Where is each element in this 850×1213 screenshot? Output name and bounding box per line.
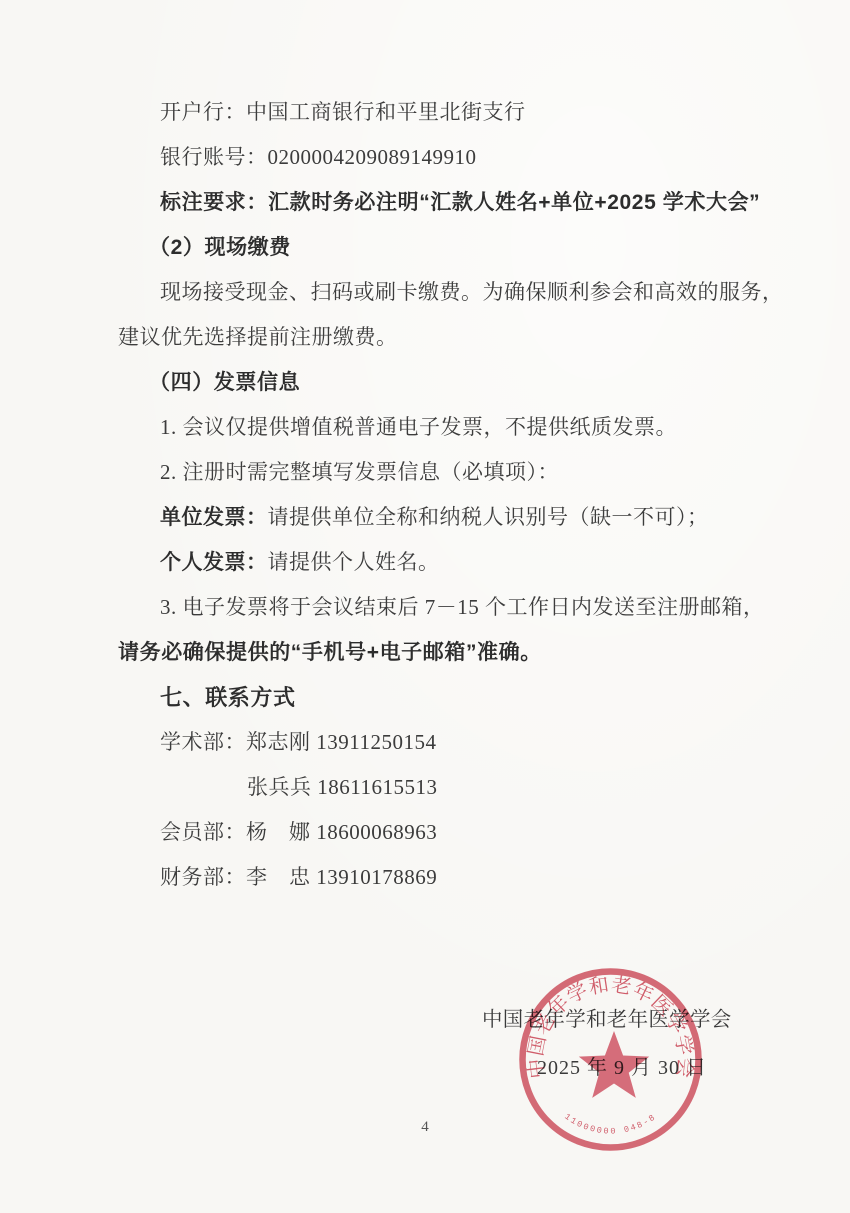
document-line: 开户行：中国工商银行和平里北街支行	[0, 90, 850, 135]
document-line: 七、联系方式	[0, 675, 850, 720]
document-line: 标注要求：汇款时务必注明“汇款人姓名+单位+2025 学术大会”	[0, 180, 850, 225]
document-line: 财务部：李 忠 13910178869	[0, 855, 850, 900]
document-line: 3. 电子发票将于会议结束后 7－15 个工作日内发送至注册邮箱，	[0, 585, 850, 630]
line-bold-prefix: 单位发票：	[160, 506, 268, 529]
document-line: 学术部：郑志刚 13911250154	[0, 720, 850, 765]
document-line: 个人发票：请提供个人姓名。	[0, 540, 850, 585]
document-line: 1. 会议仅提供增值税普通电子发票，不提供纸质发票。	[0, 405, 850, 450]
document-line: 现场接受现金、扫码或刷卡缴费。为确保顺利参会和高效的服务，	[0, 270, 850, 315]
star-icon	[579, 1031, 649, 1098]
document-lines: 开户行：中国工商银行和平里北街支行银行账号：020000420908914991…	[0, 90, 850, 900]
document-line: 请务必确保提供的“手机号+电子邮箱”准确。	[0, 630, 850, 675]
document-line: 2. 注册时需完整填写发票信息（必填项）：	[0, 450, 850, 495]
document-line: 张兵兵 18611615513	[0, 765, 850, 810]
document-line: （2）现场缴费	[0, 225, 850, 270]
document-line: （四）发票信息	[0, 360, 850, 405]
document-line: 银行账号：0200004209089149910	[0, 135, 850, 180]
line-bold-prefix: 个人发票：	[160, 551, 268, 574]
document-line: 建议优先选择提前注册缴费。	[0, 315, 850, 360]
document-line: 会员部：杨 娜 18600068963	[0, 810, 850, 855]
page-number: 4	[0, 1119, 850, 1136]
document-page: 开户行：中国工商银行和平里北街支行银行账号：020000420908914991…	[0, 0, 850, 1213]
document-line: 单位发票：请提供单位全称和纳税人识别号（缺一不可）；	[0, 495, 850, 540]
